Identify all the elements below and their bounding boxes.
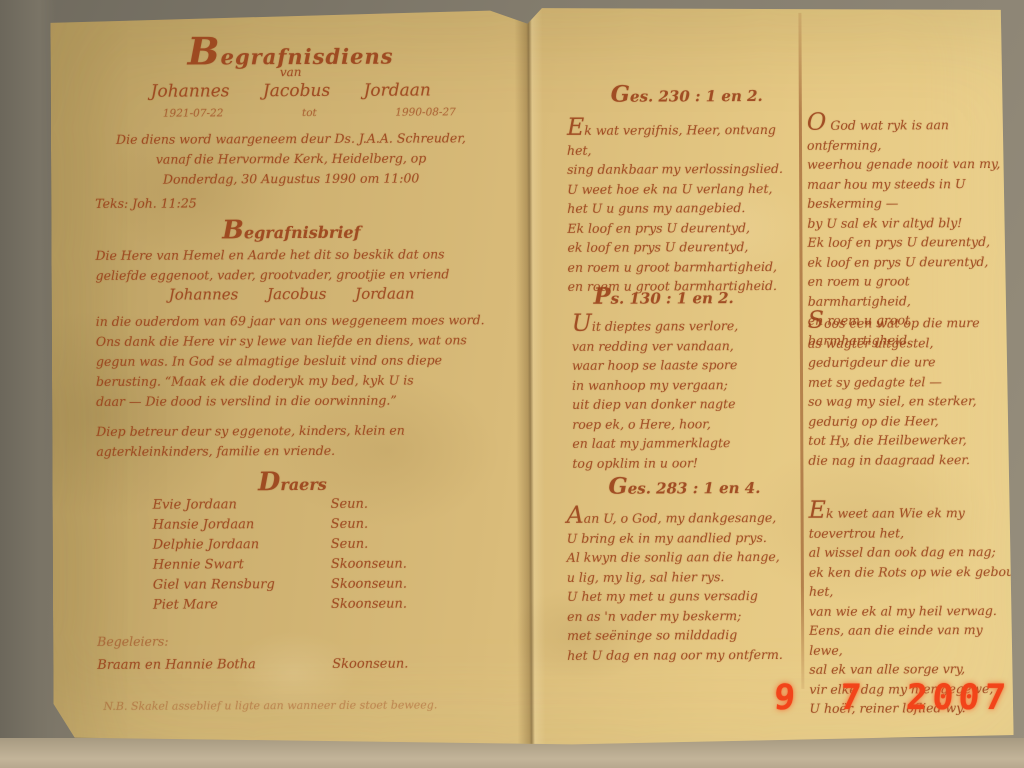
hymn2-verse1: Aan U, o God, my dankgesange, U bring ek…: [567, 503, 803, 665]
pallbearer-relation: Skoonseun.: [331, 596, 493, 612]
pallbearer-relation: Seun.: [331, 516, 493, 532]
camera-date-stamp: 9 7 2007: [773, 678, 1012, 718]
pallbearer-relation: Seun.: [331, 496, 493, 512]
death-date: 1990-08-27: [395, 106, 456, 118]
psalm-heading: Ps. 130 : 1 en 2.: [594, 283, 734, 310]
psalm-verse2: Soos een wat op die mure as wagter uitge…: [808, 308, 1015, 470]
pallbearer-name: Piet Mare: [153, 597, 331, 613]
letter-heading: Begrafnisbrief: [71, 214, 511, 246]
attendant-row: Braam en Hannie Botha Skoonseun.: [97, 656, 507, 673]
procession-footnote: N.B. Skakel asseblief u ligte aan wannee…: [103, 698, 503, 713]
tot-label: tot: [302, 107, 317, 119]
hymn2-heading: Ges. 283 : 1 en 4.: [608, 473, 760, 500]
letter-deceased-name: Johannes Jacobus Jordaan: [72, 284, 512, 304]
pallbearer-relation: Seun.: [331, 536, 493, 552]
pallbearer-relation: Skoonseun.: [331, 576, 493, 592]
funeral-program-booklet: Begrafnisdiens van Johannes Jacobus Jord…: [50, 4, 1013, 748]
psalm-verse1: Uit dieptes gans verlore, van redding ve…: [572, 311, 803, 473]
pallbearer-name: Hennie Swart: [153, 557, 331, 573]
pallbearers-heading: Draers: [72, 466, 512, 498]
letter-paragraph-2: in die ouderdom van 69 jaar van ons wegg…: [96, 310, 506, 412]
pallbearer-relation: Skoonseun.: [331, 556, 493, 572]
pallbearers-list: Evie Jordaan Seun. Hansie Jordaan Seun. …: [153, 496, 493, 612]
attendants-heading: Begeleiers:: [97, 632, 168, 652]
pallbearer-name: Evie Jordaan: [153, 497, 331, 513]
letter-paragraph-3: Diep betreur deur sy eggenote, kinders, …: [96, 420, 506, 462]
table-surface-left: [0, 0, 56, 740]
pallbearer-name: Giel van Rensburg: [153, 577, 331, 593]
service-details: Die diens word waargeneem deur Ds. J.A.A…: [81, 128, 501, 190]
attendant-relation: Skoonseun.: [332, 656, 507, 672]
letter-paragraph-1: Die Here van Hemel en Aarde het dit so b…: [95, 244, 505, 286]
life-dates: 1921-07-22 tot 1990-08-27: [71, 106, 511, 120]
scripture-reference: Teks: Joh. 11:25: [95, 193, 395, 214]
hymn1-verse1: Ek wat vergifnis, Heer, ontvang het, sin…: [567, 115, 798, 297]
left-page: Begrafnisdiens van Johannes Jacobus Jord…: [70, 14, 513, 740]
van-label: van: [71, 64, 511, 80]
pallbearer-name: Hansie Jordaan: [153, 517, 331, 533]
birth-date: 1921-07-22: [163, 107, 224, 119]
attendant-name: Braam en Hannie Botha: [97, 657, 332, 673]
deceased-name: Johannes Jacobus Jordaan: [71, 80, 511, 102]
center-fold-crease: [514, 6, 545, 746]
pallbearer-name: Delphie Jordaan: [153, 537, 331, 553]
hymn1-heading: Ges. 230 : 1 en 2.: [611, 81, 763, 108]
